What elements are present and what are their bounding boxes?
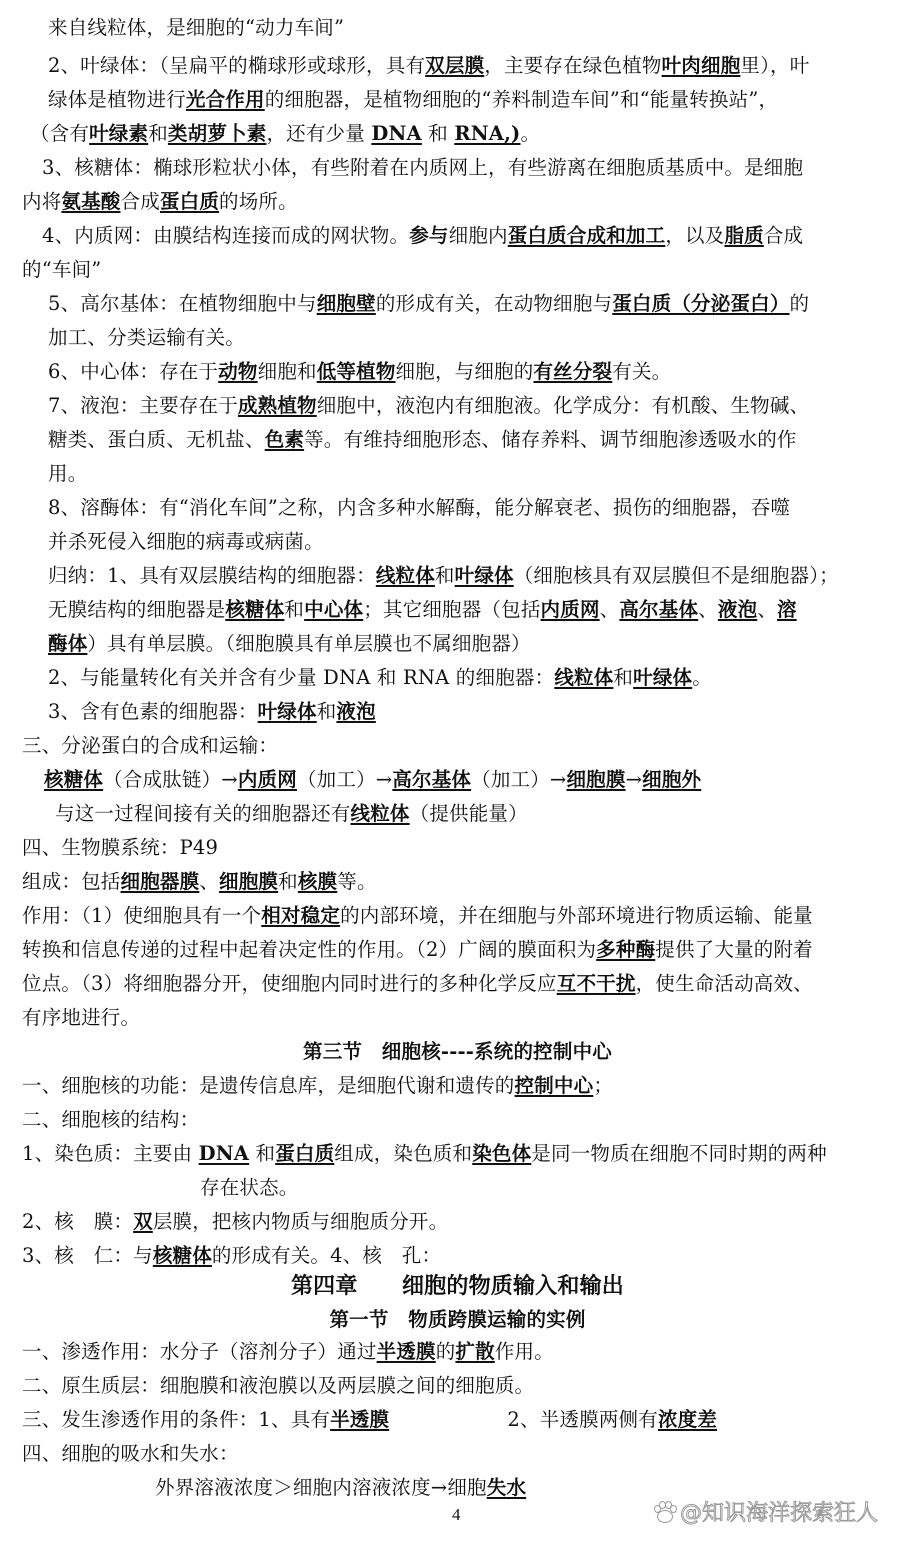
text-run: 是同一物质在细胞不同时期的两种	[531, 1142, 827, 1165]
key-term: 控制中心	[515, 1074, 594, 1097]
text-run: 等。有维持细胞形态、储存养料、调节细胞渗透吸水的作	[304, 428, 797, 451]
key-term: 双	[133, 1210, 153, 1233]
key-term: 酶体	[48, 632, 87, 655]
text-run: 细胞，与细胞的	[396, 360, 534, 383]
text-run: 的“车间”	[22, 258, 101, 281]
section-heading: 第一节 物质跨膜运输的实例	[0, 1306, 915, 1334]
key-term: 核糖体	[225, 598, 284, 621]
text-run: 3、核糖体：椭球形粒状小体，有些附着在内质网上，有些游离在细胞质基质中。是细胞	[42, 156, 803, 179]
text-run: 绿体是植物进行	[48, 88, 186, 111]
key-term: 细胞壁	[317, 292, 376, 315]
key-term: 高尔基体	[392, 768, 471, 791]
text-run: 等。	[337, 870, 376, 893]
text-run: 归纳：1、具有双层膜结构的细胞器：	[48, 564, 376, 587]
key-term: 蛋白质（分泌蛋白）	[612, 292, 789, 315]
text-run: 。	[521, 122, 541, 145]
key-term: 细胞膜	[219, 870, 278, 893]
text-run: 用。	[48, 462, 87, 485]
text-line: 5、高尔基体：在植物细胞中与细胞壁的形成有关，在动物细胞与蛋白质（分泌蛋白）的	[48, 290, 809, 318]
text-run: 四、生物膜系统：P49	[22, 836, 218, 859]
key-term: 染色体	[472, 1142, 531, 1165]
text-line: 无膜结构的细胞器是核糖体和中心体；其它细胞器（包括内质网、高尔基体、液泡、溶	[48, 596, 797, 624]
text-line: 7、液泡：主要存在于成熟植物细胞中，液泡内有细胞液。化学成分：有机酸、生物碱、	[48, 392, 809, 420]
text-run: 6、中心体：存在于	[48, 360, 218, 383]
text-run: 有关。	[612, 360, 671, 383]
text-run: （加工）→	[297, 768, 392, 791]
text-run: 的场所。	[219, 190, 298, 213]
text-run: 与这一过程间接有关的细胞器还有	[55, 802, 351, 825]
page-number: 4	[452, 1505, 461, 1525]
text-run: 内将	[22, 190, 61, 213]
text-run: 无膜结构的细胞器是	[48, 598, 225, 621]
key-term: DNA	[371, 122, 421, 145]
text-run: 四、细胞的吸水和失水：	[22, 1442, 239, 1465]
text-run: 、	[757, 598, 777, 621]
text-run: （细胞核具有双层膜但不是细胞器）；	[514, 564, 839, 587]
key-term: 动物	[218, 360, 257, 383]
text-run: （加工）→	[471, 768, 566, 791]
key-term: 叶绿素	[89, 122, 148, 145]
text-line: 用。	[48, 460, 87, 488]
text-line: 位点。（3）将细胞器分开，使细胞内同时进行的多种化学反应互不干扰，使生命活动高效…	[22, 970, 813, 998]
text-run: 3、含有色素的细胞器：	[48, 700, 258, 723]
key-term: 核糖体	[44, 768, 103, 791]
text-run: 的形成有关。4、核 孔：	[212, 1244, 441, 1267]
text-line: 绿体是植物进行光合作用的细胞器，是植物细胞的“养料制造车间”和“能量转换站”，	[48, 86, 778, 114]
text-run: 作用：（1）使细胞具有一个	[22, 904, 261, 927]
key-term: DNA	[199, 1142, 249, 1165]
text-line: 8、溶酶体：有“消化车间”之称，内含多种水解酶，能分解衰老、损伤的细胞器，吞噬	[48, 494, 790, 522]
text-run: 细胞内	[449, 224, 508, 247]
text-run: 的形成有关，在动物细胞与	[376, 292, 612, 315]
key-term: 类胡萝卜素	[168, 122, 267, 145]
text-line: 酶体）具有单层膜。（细胞膜具有单层膜也不属细胞器）	[48, 630, 531, 658]
text-run: 3、核 仁：与	[22, 1244, 153, 1267]
text-line: 转换和信息传递的过程中起着决定性的作用。（2）广阔的膜面积为多种酶提供了大量的附…	[22, 936, 813, 964]
text-run: 8、溶酶体：有“消化车间”之称，内含多种水解酶，能分解衰老、损伤的细胞器，吞噬	[48, 496, 790, 519]
baidu-paw-icon	[652, 1500, 676, 1524]
text-line: 2、核 膜：双层膜，把核内物质与细胞质分开。	[22, 1208, 448, 1236]
text-line: 存在状态。	[200, 1174, 299, 1202]
text-run: 和	[435, 564, 455, 587]
key-term: 叶绿体	[455, 564, 514, 587]
key-term: 线粒体	[554, 666, 613, 689]
text-line: 2、叶绿体：（呈扁平的椭球形或球形，具有双层膜，主要存在绿色植物叶肉细胞里），叶	[48, 52, 809, 80]
text-run: 的	[436, 1340, 456, 1363]
text-run: 提供了大量的附着	[655, 938, 813, 961]
text-run: 的内部环境，并在细胞与外部环境进行物质运输、能量	[340, 904, 813, 927]
key-term: 线粒体	[351, 802, 410, 825]
text-run: ，以及	[665, 224, 724, 247]
text-run: （提供能量）	[410, 802, 528, 825]
text-run: ，使生命活动高效、	[636, 972, 813, 995]
section-heading: 第三节 细胞核----系统的控制中心	[0, 1038, 915, 1066]
text-line: 一、渗透作用：水分子（溶剂分子）通过半透膜的扩散作用。	[22, 1338, 554, 1366]
watermark-text: @知识海洋探索狂人	[680, 1496, 878, 1527]
text-run: 5、高尔基体：在植物细胞中与	[48, 292, 317, 315]
text-line: 的“车间”	[22, 256, 101, 284]
key-term: 色素	[265, 428, 304, 451]
text-line: 3、核糖体：椭球形粒状小体，有些附着在内质网上，有些游离在细胞质基质中。是细胞	[42, 154, 803, 182]
key-term: 半透膜	[330, 1408, 389, 1431]
text-run: 细胞和	[258, 360, 317, 383]
text-run: 三、分泌蛋白的合成和运输：	[22, 734, 278, 757]
key-term: 蛋白质合成和加工	[508, 224, 666, 247]
text-run: 2、与能量转化有关并含有少量 DNA 和 RNA 的细胞器：	[48, 666, 554, 689]
text-run: 三、发生渗透作用的条件：1、具有	[22, 1408, 330, 1431]
text-line: 3、核 仁：与核糖体的形成有关。4、核 孔：	[22, 1242, 441, 1270]
key-term: 核糖体	[153, 1244, 212, 1267]
text-run: 转换和信息传递的过程中起着决定性的作用。（2）广阔的膜面积为	[22, 938, 596, 961]
text-run: 7、液泡：主要存在于	[48, 394, 238, 417]
text-run: 4、内质网：由膜结构连接而成的网状物。	[42, 224, 409, 247]
key-term: 相对稳定	[261, 904, 340, 927]
chapter-heading: 第四章 细胞的物质输入和输出	[0, 1272, 915, 1300]
text-line: 1、染色质：主要由 DNA 和蛋白质组成，染色质和染色体是同一物质在细胞不同时期…	[22, 1140, 827, 1168]
key-term: 线粒体	[376, 564, 435, 587]
key-term: 光合作用	[186, 88, 265, 111]
text-line: 作用：（1）使细胞具有一个相对稳定的内部环境，并在细胞与外部环境进行物质运输、能…	[22, 902, 813, 930]
text-run: （含有	[30, 122, 89, 145]
text-line: 内将氨基酸合成蛋白质的场所。	[22, 188, 298, 216]
bold-term: 参与	[409, 224, 448, 247]
text-run: 合成	[764, 224, 803, 247]
text-line: 二、原生质层：细胞膜和液泡膜以及两层膜之间的细胞质。	[22, 1372, 534, 1400]
key-term: 扩散	[455, 1340, 494, 1363]
text-run: 2、半透膜两侧有	[389, 1408, 658, 1431]
text-run: ，还有少量	[266, 122, 371, 145]
key-term: 蛋白质	[275, 1142, 334, 1165]
text-line: 核糖体（合成肽链）→内质网（加工）→高尔基体（加工）→细胞膜→细胞外	[44, 766, 701, 794]
key-term: 叶绿体	[258, 700, 317, 723]
text-run: 层膜，把核内物质与细胞质分开。	[153, 1210, 449, 1233]
text-run: 并杀死侵入细胞的病毒或病菌。	[48, 530, 324, 553]
text-line: 三、分泌蛋白的合成和运输：	[22, 732, 278, 760]
text-line: 归纳：1、具有双层膜结构的细胞器：线粒体和叶绿体（细胞核具有双层膜但不是细胞器）…	[48, 562, 839, 590]
key-term: 内质网	[541, 598, 600, 621]
text-line: 4、内质网：由膜结构连接而成的网状物。参与细胞内蛋白质合成和加工，以及脂质合成	[42, 222, 803, 250]
text-run: ，主要存在绿色植物	[484, 54, 661, 77]
key-term: 脂质	[724, 224, 763, 247]
text-run: 细胞中，液泡内有细胞液。化学成分：有机酸、生物碱、	[317, 394, 810, 417]
text-run: 。	[692, 666, 712, 689]
key-term: 多种酶	[596, 938, 655, 961]
text-line: 有序地进行。	[22, 1004, 140, 1032]
text-run: 合成	[121, 190, 160, 213]
text-run: 和	[148, 122, 168, 145]
text-run: 和	[249, 1142, 275, 1165]
text-run: 二、原生质层：细胞膜和液泡膜以及两层膜之间的细胞质。	[22, 1374, 534, 1397]
text-run: 、	[698, 598, 718, 621]
text-line: 2、与能量转化有关并含有少量 DNA 和 RNA 的细胞器：线粒体和叶绿体。	[48, 664, 712, 692]
key-term: RNA,)	[454, 122, 520, 145]
key-term: 叶肉细胞	[662, 54, 741, 77]
text-run: 和	[422, 122, 455, 145]
key-term: 高尔基体	[619, 598, 698, 621]
text-run: 2、核 膜：	[22, 1210, 133, 1233]
text-line: 并杀死侵入细胞的病毒或病菌。	[48, 528, 324, 556]
text-run: 位点。（3）将细胞器分开，使细胞内同时进行的多种化学反应	[22, 972, 557, 995]
key-term: 细胞外	[642, 768, 701, 791]
text-line: 加工、分类运输有关。	[48, 324, 245, 352]
key-term: 互不干扰	[557, 972, 636, 995]
text-line: 与这一过程间接有关的细胞器还有线粒体（提供能量）	[55, 800, 528, 828]
text-line: （含有叶绿素和类胡萝卜素，还有少量 DNA 和 RNA,)。	[30, 120, 540, 148]
text-run: 二、细胞核的结构：	[22, 1108, 199, 1131]
text-line: 四、生物膜系统：P49	[22, 834, 218, 862]
key-term: 蛋白质	[160, 190, 219, 213]
text-run: ；	[593, 1074, 613, 1097]
key-term: 有丝分裂	[533, 360, 612, 383]
text-run: ；其它细胞器（包括	[363, 598, 540, 621]
key-term: 细胞器膜	[121, 870, 200, 893]
text-line: 二、细胞核的结构：	[22, 1106, 199, 1134]
text-line: 3、含有色素的细胞器：叶绿体和液泡	[48, 698, 376, 726]
text-run: 存在状态。	[200, 1176, 299, 1199]
text-line: 外界溶液浓度＞细胞内溶液浓度→细胞失水	[155, 1474, 526, 1502]
key-term: 半透膜	[377, 1340, 436, 1363]
text-run: 的	[790, 292, 810, 315]
key-term: 细胞膜	[566, 768, 625, 791]
text-run: 有序地进行。	[22, 1006, 140, 1029]
key-term: 中心体	[304, 598, 363, 621]
watermark: @知识海洋探索狂人	[652, 1496, 878, 1527]
key-term: 浓度差	[658, 1408, 717, 1431]
text-line: 来自线粒体，是细胞的“动力车间”	[48, 14, 344, 42]
text-run: 来自线粒体，是细胞的“动力车间”	[48, 16, 344, 39]
key-term: 溶	[777, 598, 797, 621]
key-term: 液泡	[336, 700, 375, 723]
text-line: 组成：包括细胞器膜、细胞膜和核膜等。	[22, 868, 377, 896]
text-run: 组成：包括	[22, 870, 121, 893]
text-run: →	[626, 768, 643, 791]
text-run: 加工、分类运输有关。	[48, 326, 245, 349]
text-run: 1、染色质：主要由	[22, 1142, 199, 1165]
text-run: 和	[278, 870, 298, 893]
text-run: 、	[199, 870, 219, 893]
key-term: 液泡	[718, 598, 757, 621]
key-term: 失水	[487, 1476, 526, 1499]
text-run: 糖类、蛋白质、无机盐、	[48, 428, 265, 451]
key-term: 成熟植物	[238, 394, 317, 417]
key-term: 内质网	[238, 768, 297, 791]
text-run: 一、渗透作用：水分子（溶剂分子）通过	[22, 1340, 377, 1363]
text-run: 的细胞器，是植物细胞的“养料制造车间”和“能量转换站”，	[265, 88, 778, 111]
text-run: 作用。	[495, 1340, 554, 1363]
text-run: 和	[284, 598, 304, 621]
key-term: 双层膜	[425, 54, 484, 77]
text-run: 2、叶绿体：（呈扁平的椭球形或球形，具有	[48, 54, 425, 77]
text-run: 和	[613, 666, 633, 689]
text-run: 组成，染色质和	[334, 1142, 472, 1165]
text-run: 和	[317, 700, 337, 723]
key-term: 核膜	[298, 870, 337, 893]
key-term: 低等植物	[317, 360, 396, 383]
text-run: 外界溶液浓度＞细胞内溶液浓度→细胞	[155, 1476, 487, 1499]
text-run: ）具有单层膜。（细胞膜具有单层膜也不属细胞器）	[87, 632, 530, 655]
text-line: 四、细胞的吸水和失水：	[22, 1440, 239, 1468]
text-line: 三、发生渗透作用的条件：1、具有半透膜 2、半透膜两侧有浓度差	[22, 1406, 717, 1434]
key-term: 氨基酸	[61, 190, 120, 213]
text-line: 糖类、蛋白质、无机盐、色素等。有维持细胞形态、储存养料、调节细胞渗透吸水的作	[48, 426, 797, 454]
text-run: 一、细胞核的功能：是遗传信息库，是细胞代谢和遗传的	[22, 1074, 515, 1097]
key-term: 叶绿体	[633, 666, 692, 689]
text-run: 、	[600, 598, 620, 621]
text-line: 一、细胞核的功能：是遗传信息库，是细胞代谢和遗传的控制中心；	[22, 1072, 613, 1100]
text-run: （合成肽链）→	[103, 768, 238, 791]
text-line: 6、中心体：存在于动物细胞和低等植物细胞，与细胞的有丝分裂有关。	[48, 358, 671, 386]
text-run: 里），叶	[740, 54, 809, 77]
